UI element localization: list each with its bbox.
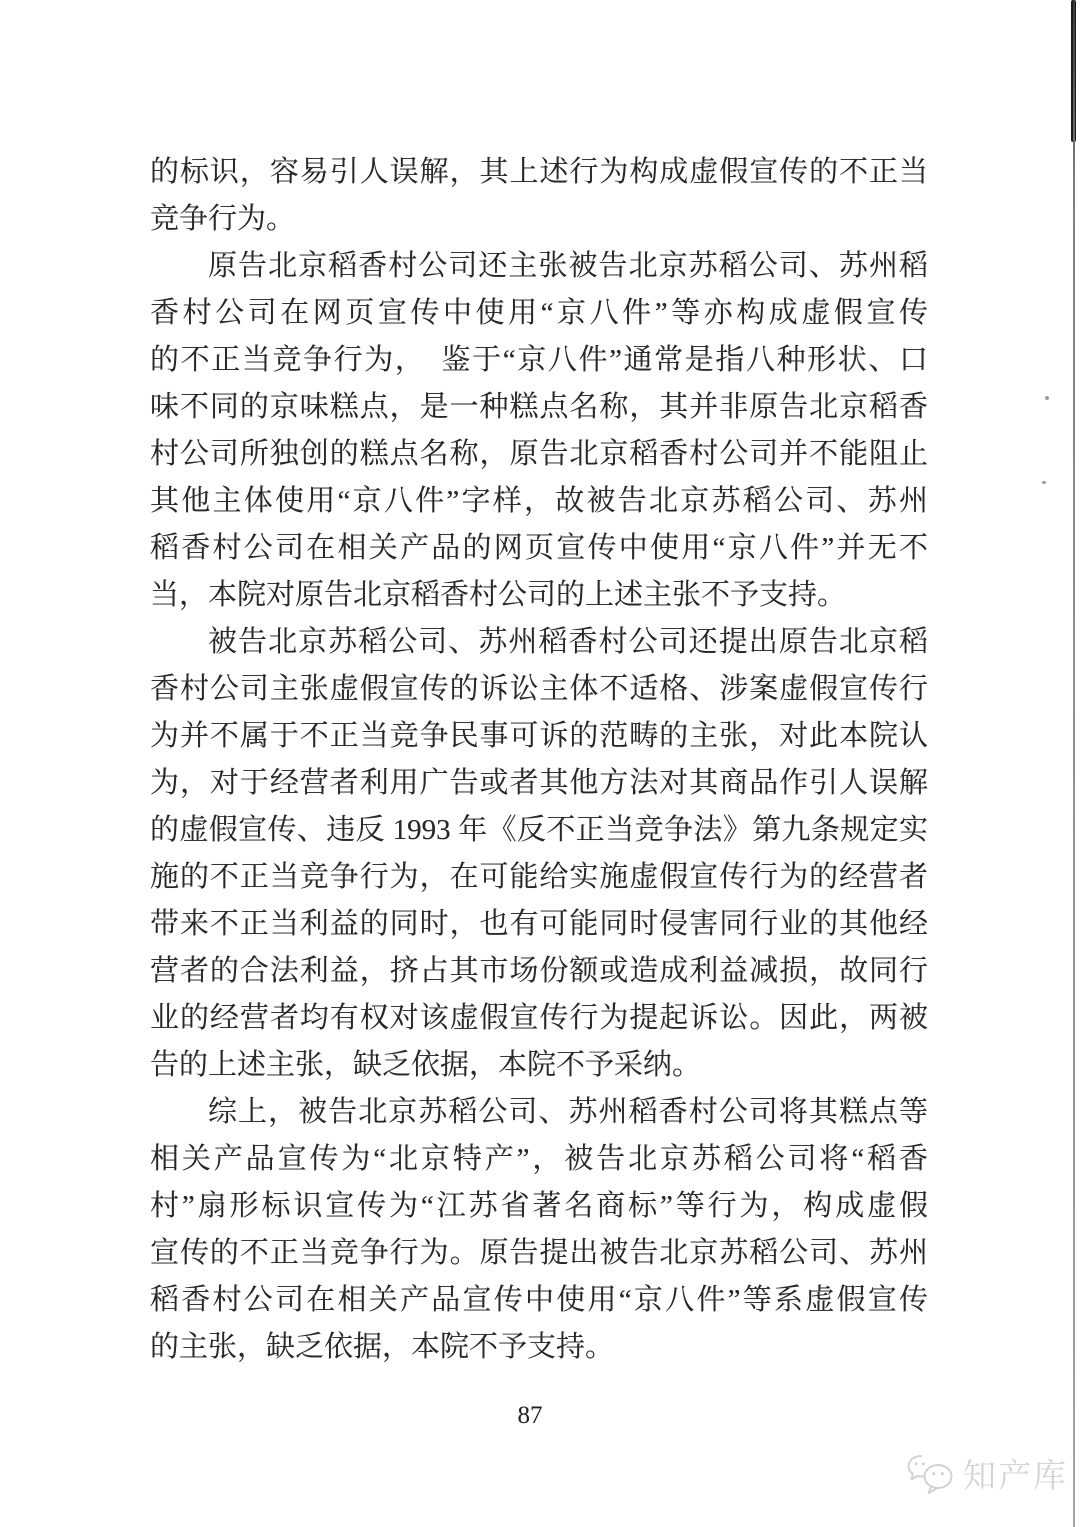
scan-edge-artifact (1073, 0, 1075, 1527)
text-line: 味不同的京味糕点，是一种糕点名称，其并非原告北京稻香 (150, 384, 928, 431)
scan-speck (1045, 396, 1049, 400)
text-line: 带来不正当利益的同时，也有可能同时侵害同行业的其他经 (150, 901, 928, 948)
text-line: 的标识，容易引人误解，其上述行为构成虚假宣传的不正当 (150, 149, 928, 196)
text-line: 的主张，缺乏依据，本院不予支持。 (150, 1324, 928, 1371)
text-line: 其他主体使用“京八件”字样，故被告北京苏稻公司、苏州 (150, 478, 928, 525)
wechat-icon (906, 1451, 958, 1497)
text-line: 村”扇形标识宣传为“江苏省著名商标”等行为，构成虚假 (150, 1183, 928, 1230)
text-line: 稻香村公司在相关产品的网页宣传中使用“京八件”并无不 (150, 525, 928, 572)
text-line: 香村公司在网页宣传中使用“京八件”等亦构成虚假宣传 (150, 290, 928, 337)
text-line: 为并不属于不正当竞争民事可诉的范畴的主张，对此本院认 (150, 713, 928, 760)
text-line: 原告北京稻香村公司还主张被告北京苏稻公司、苏州稻 (150, 243, 928, 290)
judgment-text-body: 的标识，容易引人误解，其上述行为构成虚假宣传的不正当竞争行为。原告北京稻香村公司… (150, 149, 928, 1371)
text-line: 村公司所独创的糕点名称，原告北京稻香村公司并不能阻止 (150, 431, 928, 478)
text-line: 香村公司主张虚假宣传的诉讼主体不适格、涉案虚假宣传行 (150, 666, 928, 713)
page-number: 87 (0, 1402, 1060, 1430)
text-line: 告的上述主张，缺乏依据，本院不予采纳。 (150, 1042, 928, 1089)
text-line: 的不正当竞争行为， 鉴于“京八件”通常是指八种形状、口 (150, 337, 928, 384)
text-line: 业的经营者均有权对该虚假宣传行为提起诉讼。因此，两被 (150, 995, 928, 1042)
text-line: 施的不正当竞争行为，在可能给实施虚假宣传行为的经营者 (150, 854, 928, 901)
watermark-label: 知产库 (963, 1450, 1068, 1497)
text-line: 相关产品宣传为“北京特产”，被告北京苏稻公司将“稻香 (150, 1136, 928, 1183)
text-line: 宣传的不正当竞争行为。原告提出被告北京苏稻公司、苏州 (150, 1230, 928, 1277)
text-line: 被告北京苏稻公司、苏州稻香村公司还提出原告北京稻 (150, 619, 928, 666)
text-line: 营者的合法利益，挤占其市场份额或造成利益减损，故同行 (150, 948, 928, 995)
text-line: 综上，被告北京苏稻公司、苏州稻香村公司将其糕点等 (150, 1089, 928, 1136)
text-line: 稻香村公司在相关产品宣传中使用“京八件”等系虚假宣传 (150, 1277, 928, 1324)
text-line: 当，本院对原告北京稻香村公司的上述主张不予支持。 (150, 572, 928, 619)
text-line: 竞争行为。 (150, 196, 928, 243)
scan-speck (1042, 481, 1046, 484)
watermark: 知产库 (906, 1450, 1068, 1497)
document-page: 的标识，容易引人误解，其上述行为构成虚假宣传的不正当竞争行为。原告北京稻香村公司… (0, 0, 1080, 1527)
text-line: 的虚假宣传、违反 1993 年《反不正当竞争法》第九条规定实 (150, 807, 928, 854)
text-line: 为，对于经营者利用广告或者其他方法对其商品作引人误解 (150, 760, 928, 807)
